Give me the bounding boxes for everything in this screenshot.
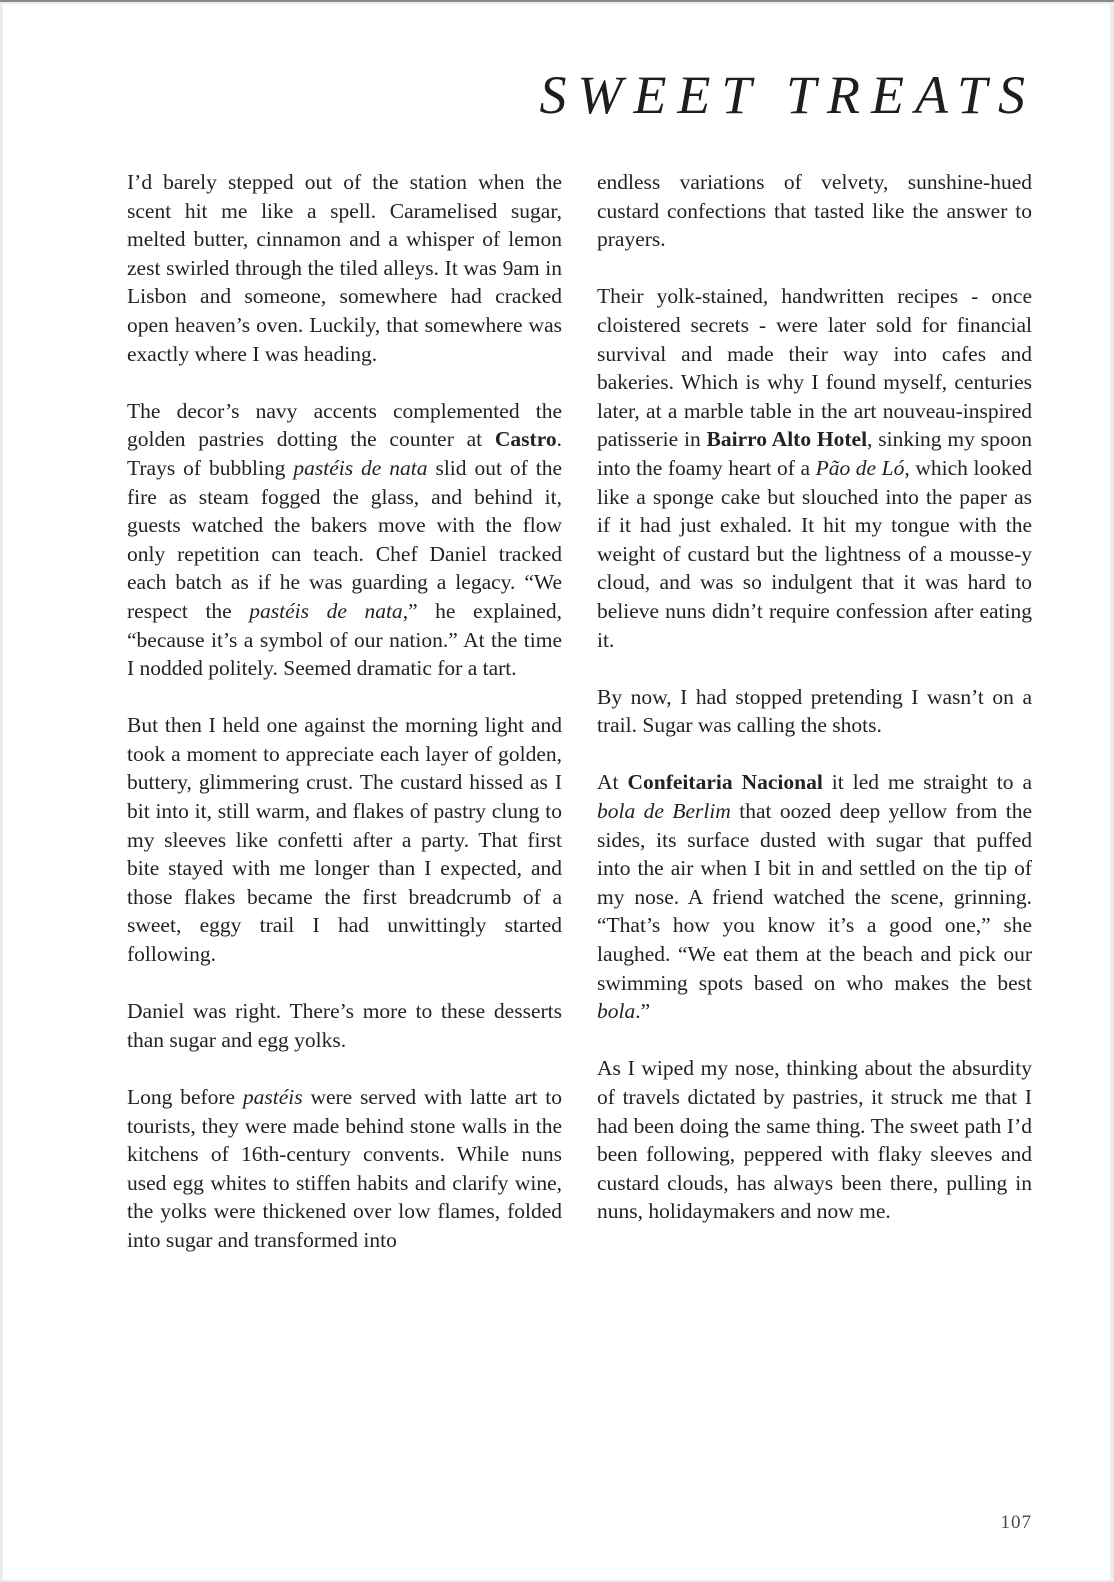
- paragraph: I’d barely stepped out of the station wh…: [127, 168, 562, 368]
- pastry-name: pastéis de nata: [249, 599, 402, 623]
- paragraph: At Confeitaria Nacional it led me straig…: [597, 768, 1032, 1025]
- venue-name-hotel: Bairro Alto Hotel: [707, 427, 868, 451]
- pastry-name: Pão de Ló: [816, 456, 905, 480]
- text-run: Long before: [127, 1085, 243, 1109]
- paragraph: Long before pastéis were served with lat…: [127, 1083, 562, 1255]
- pastry-name: pastéis: [243, 1085, 303, 1109]
- left-column: I’d barely stepped out of the station wh…: [127, 168, 562, 1283]
- paragraph: The decor’s navy accents complemented th…: [127, 397, 562, 683]
- paragraph: But then I held one against the morning …: [127, 711, 562, 968]
- text-run: , which looked like a sponge cake but sl…: [597, 456, 1032, 652]
- paragraph: As I wiped my nose, thinking about the a…: [597, 1054, 1032, 1226]
- top-border: [0, 0, 1114, 2]
- text-run: it led me straight to a: [823, 770, 1032, 794]
- venue-name-confeitaria: Confeitaria Nacional: [628, 770, 823, 794]
- paragraph: Their yolk-stained, handwritten recipes …: [597, 282, 1032, 654]
- text-run: were served with latte art to tourists, …: [127, 1085, 562, 1252]
- text-run: that oozed deep yellow from the sides, i…: [597, 799, 1032, 995]
- paragraph: endless variations of velvety, sunshine-…: [597, 168, 1032, 254]
- text-run: .”: [635, 999, 650, 1023]
- paragraph: By now, I had stopped pretending I wasn’…: [597, 683, 1032, 740]
- paragraph: Daniel was right. There’s more to these …: [127, 997, 562, 1054]
- text-run: slid out of the fire as steam fogged the…: [127, 456, 562, 623]
- page-number: 107: [1001, 1512, 1033, 1534]
- text-run: At: [597, 770, 628, 794]
- pastry-name: pastéis de nata: [293, 456, 427, 480]
- right-column: endless variations of velvety, sunshine-…: [597, 168, 1032, 1255]
- pastry-name: bola de Berlim: [597, 799, 731, 823]
- section-title: SWEET TREATS: [539, 68, 1036, 122]
- venue-name-castro: Castro: [495, 427, 557, 451]
- pastry-name: bola: [597, 999, 635, 1023]
- magazine-page: SWEET TREATS I’d barely stepped out of t…: [3, 4, 1110, 1580]
